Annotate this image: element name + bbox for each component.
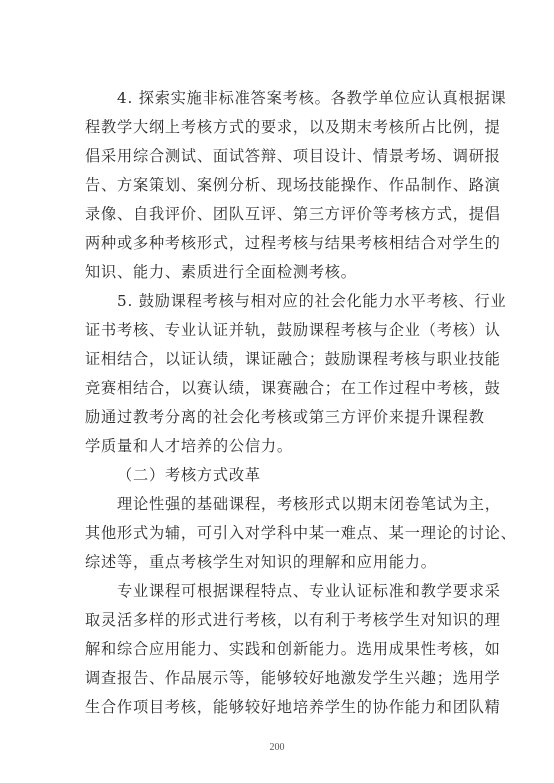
document-page: 4. 探索实施非标准答案考核。各教学单位应认真根据课 程教学大纲上考核方式的要求…: [0, 0, 554, 783]
text-line: 告、方案策划、案例分析、现场技能操作、作品制作、路演: [85, 171, 469, 200]
text-line: 证书考核、专业认证并轨，鼓励课程考核与企业（考核）认: [85, 316, 469, 345]
text-line: 两种或多种考核形式，过程考核与结果考核相结合对学生的: [85, 229, 469, 258]
body-text: 4. 探索实施非标准答案考核。各教学单位应认真根据课 程教学大纲上考核方式的要求…: [85, 84, 469, 722]
section-heading: （二）考核方式改革: [85, 461, 469, 490]
text-line: 其他形式为辅，可引入对学科中某一难点、某一理论的讨论、: [85, 519, 469, 548]
text-line: 励通过教考分离的社会化考核或第三方评价来提升课程教: [85, 403, 469, 432]
text-line: 综述等，重点考核学生对知识的理解和应用能力。: [85, 548, 469, 577]
text-line: 程教学大纲上考核方式的要求，以及期末考核所占比例，提: [85, 113, 469, 142]
text-line: 取灵活多样的形式进行考核，以有利于考核学生对知识的理: [85, 606, 469, 635]
paragraph-item-4: 4. 探索实施非标准答案考核。各教学单位应认真根据课 程教学大纲上考核方式的要求…: [85, 84, 469, 287]
text-line: 专业课程可根据课程特点、专业认证标准和教学要求采: [85, 577, 469, 606]
text-line: 调查报告、作品展示等，能够较好地激发学生兴趣；选用学: [85, 664, 469, 693]
section-heading-text: （二）考核方式改革: [85, 461, 469, 490]
text-line: 证相结合，以证认绩，课证融合；鼓励课程考核与职业技能: [85, 345, 469, 374]
text-line: 理论性强的基础课程，考核形式以期末闭卷笔试为主，: [85, 490, 469, 519]
paragraph-theory-courses: 理论性强的基础课程，考核形式以期末闭卷笔试为主， 其他形式为辅，可引入对学科中某…: [85, 490, 469, 577]
text-line: 知识、能力、素质进行全面检测考核。: [85, 258, 469, 287]
text-line: 录像、自我评价、团队互评、第三方评价等考核方式，提倡: [85, 200, 469, 229]
paragraph-professional-courses: 专业课程可根据课程特点、专业认证标准和教学要求采 取灵活多样的形式进行考核，以有…: [85, 577, 469, 722]
paragraph-item-5: 5. 鼓励课程考核与相对应的社会化能力水平考核、行业 证书考核、专业认证并轨，鼓…: [85, 287, 469, 461]
text-line: 4. 探索实施非标准答案考核。各教学单位应认真根据课: [85, 84, 469, 113]
text-line: 5. 鼓励课程考核与相对应的社会化能力水平考核、行业: [85, 287, 469, 316]
text-line: 竞赛相结合，以赛认绩，课赛融合；在工作过程中考核，鼓: [85, 374, 469, 403]
text-line: 学质量和人才培养的公信力。: [85, 432, 469, 461]
page-number: 200: [0, 742, 554, 753]
text-line: 生合作项目考核，能够较好地培养学生的协作能力和团队精: [85, 693, 469, 722]
text-line: 解和综合应用能力、实践和创新能力。选用成果性考核，如: [85, 635, 469, 664]
text-line: 倡采用综合测试、面试答辩、项目设计、情景考场、调研报: [85, 142, 469, 171]
